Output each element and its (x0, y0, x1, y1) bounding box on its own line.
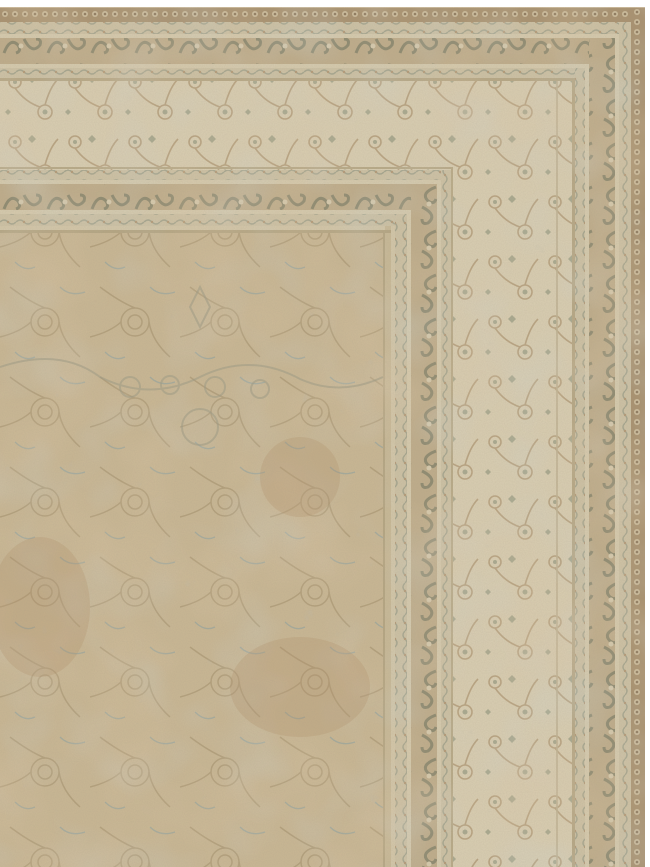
rug-artwork (0, 7, 645, 867)
rug-photo (0, 7, 645, 867)
